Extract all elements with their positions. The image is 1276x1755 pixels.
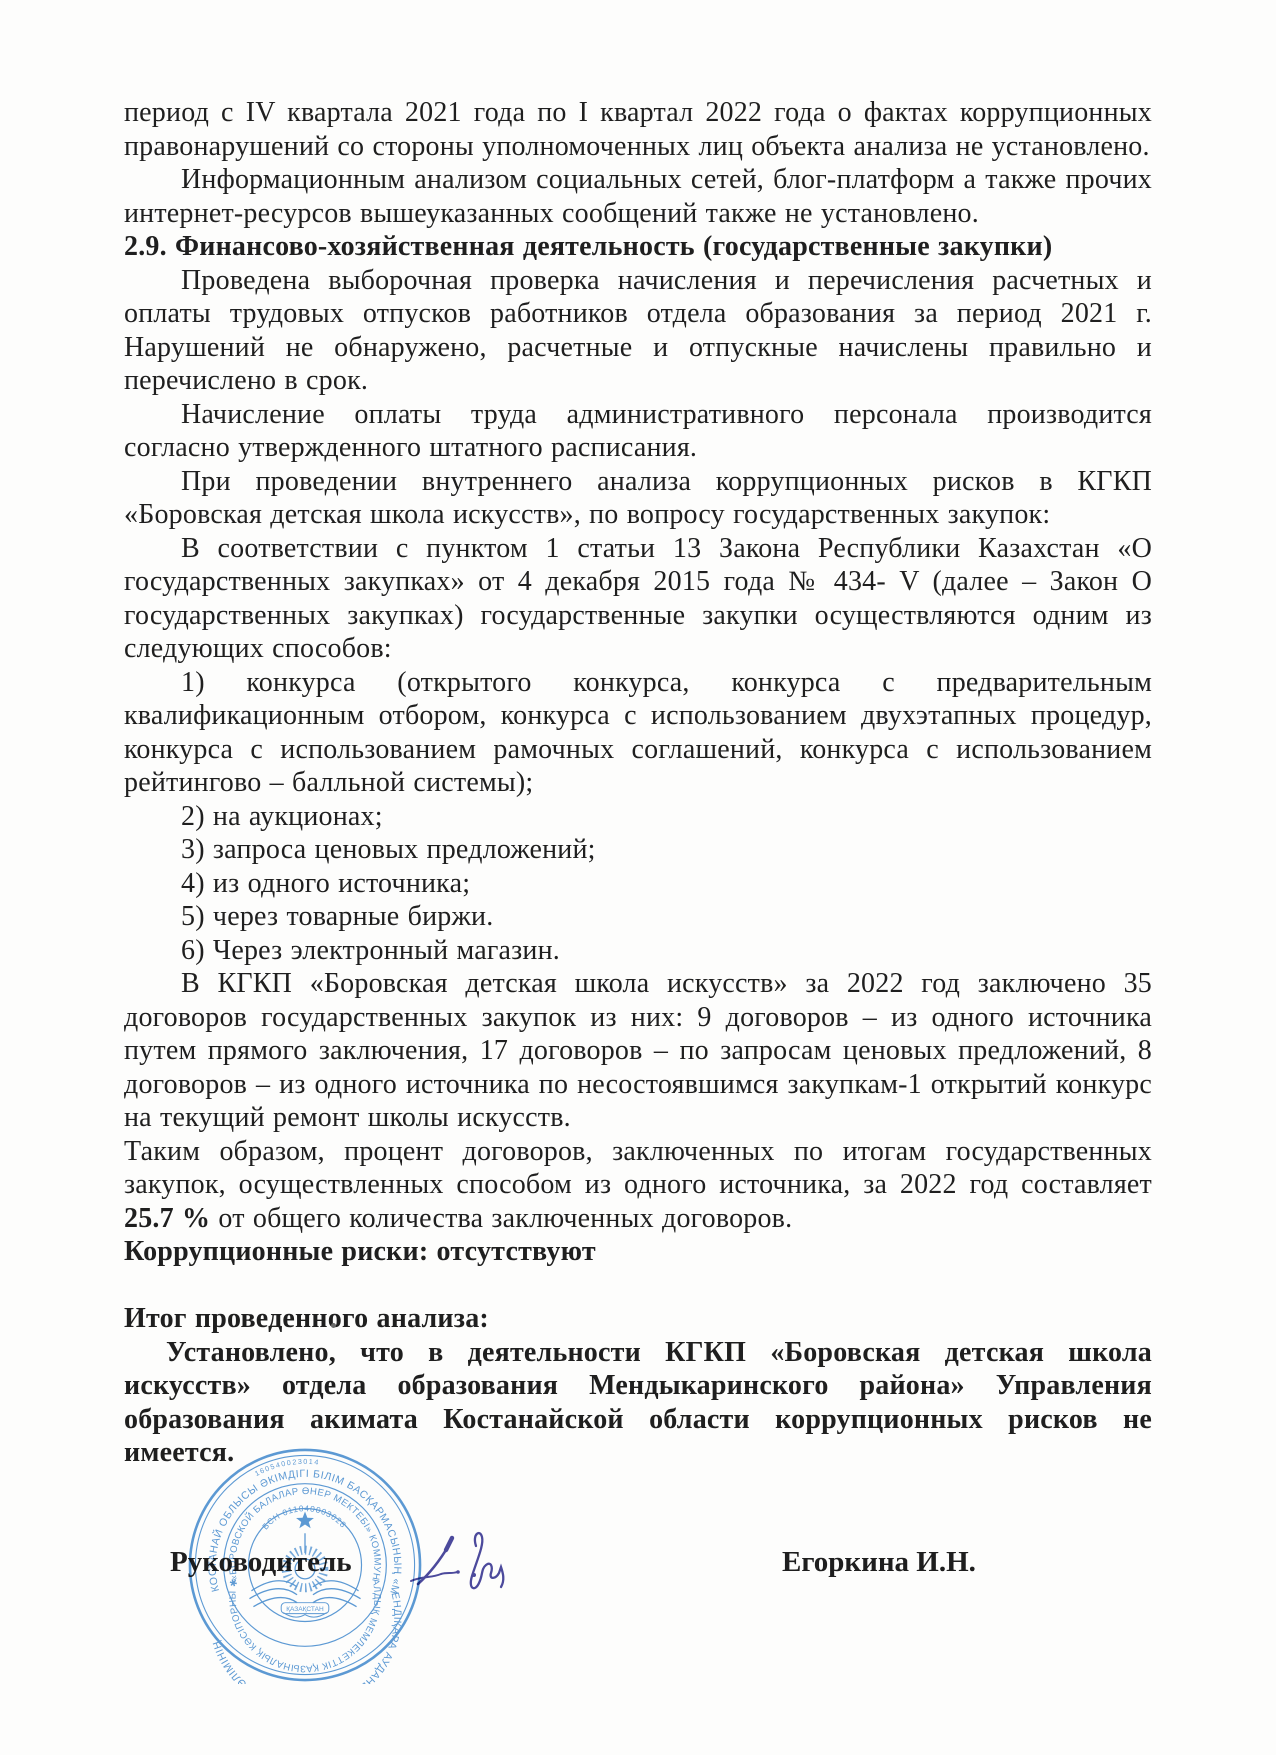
text-run: 25.7 % <box>124 1203 210 1234</box>
text-run: Начисление оплаты труда административног… <box>124 399 1152 464</box>
text-run: 1) конкурса (открытого конкурса, конкурс… <box>124 667 1152 799</box>
text-run: Коррупционные риски: отсутствуют <box>124 1236 596 1267</box>
text-run: от общего количества заключенных договор… <box>210 1203 792 1234</box>
handwritten-signature <box>408 1520 538 1610</box>
list-item-2: 2) на аукционах; <box>124 800 1152 834</box>
paragraph-social-media: Информационным анализом социальных сетей… <box>124 163 1152 230</box>
list-item-4: 4) из одного источника; <box>124 867 1152 901</box>
list-item-6: 6) Через электронный магазин. <box>124 934 1152 968</box>
paragraph-payroll-check: Проведена выборочная проверка начисления… <box>124 264 1152 398</box>
scan-artifact-dot <box>331 1323 336 1328</box>
paragraph-corruption-risks: Коррупционные риски: отсутствуют <box>124 1235 1152 1269</box>
paragraph-carryover: период с IV квартала 2021 года по I квар… <box>124 96 1152 163</box>
section-heading-2-9: 2.9. Финансово-хозяйственная деятельност… <box>124 230 1152 264</box>
scanned-document-page: период с IV квартала 2021 года по I квар… <box>0 0 1276 1755</box>
text-run: 3) запроса ценовых предложений; <box>181 834 596 865</box>
paragraph-law-reference: В соответствии с пунктом 1 статьи 13 Зак… <box>124 532 1152 666</box>
paragraph-internal-analysis: При проведении внутреннего анализа корру… <box>124 465 1152 532</box>
text-run: 2) на аукционах; <box>181 801 383 832</box>
text-run: Проведена выборочная проверка начисления… <box>124 265 1152 397</box>
text-run: При проведении внутреннего анализа корру… <box>124 466 1152 531</box>
text-run: 6) Через электронный магазин. <box>181 935 560 966</box>
stamp-center-label: ҚАЗАҚСТАН <box>286 1606 324 1613</box>
text-run: период с IV квартала 2021 года по I квар… <box>124 97 1152 162</box>
paragraph-contracts-2022: В КГКП «Боровская детская школа искусств… <box>124 967 1152 1135</box>
star-icon <box>296 1511 314 1528</box>
document-body: период с IV квартала 2021 года по I квар… <box>124 96 1152 1470</box>
list-item-1: 1) конкурса (открытого конкурса, конкурс… <box>124 666 1152 800</box>
text-run: 4) из одного источника; <box>181 868 470 899</box>
text-run: 2.9. Финансово-хозяйственная деятельност… <box>124 231 1052 262</box>
text-run: 5) через товарные биржи. <box>181 901 493 932</box>
text-run: Итог проведенного анализа: <box>124 1303 489 1334</box>
heading-analysis-result: Итог проведенного анализа: <box>124 1302 1152 1336</box>
text-run: В КГКП «Боровская детская школа искусств… <box>124 968 1152 1133</box>
paragraph-percentage: Таким образом, процент договоров, заключ… <box>124 1135 1152 1236</box>
paragraph-admin-salary: Начисление оплаты труда административног… <box>124 398 1152 465</box>
signatory-name: Егоркина И.Н. <box>782 1546 976 1579</box>
text-run: Информационным анализом социальных сетей… <box>124 164 1152 229</box>
text-run: Таким образом, процент договоров, заключ… <box>124 1136 1152 1201</box>
list-item-3: 3) запроса ценовых предложений; <box>124 833 1152 867</box>
text-run: В соответствии с пунктом 1 статьи 13 Зак… <box>124 533 1152 665</box>
list-item-5: 5) через товарные биржи. <box>124 900 1152 934</box>
official-round-stamp: КОСТАНАЙ ОБЛЫСЫ ӘКІМДІГІ БІЛІМ БАСҚАРМАС… <box>186 1446 424 1684</box>
